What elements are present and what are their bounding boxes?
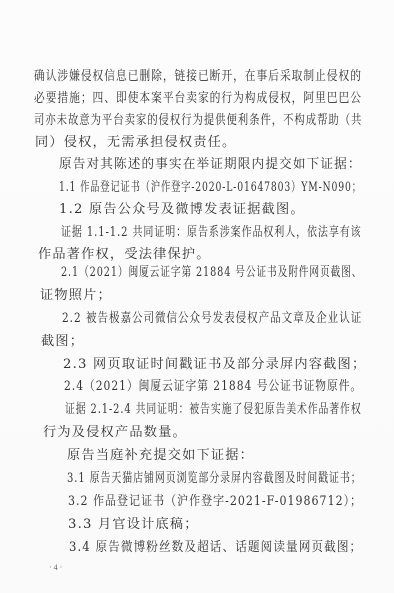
page-number: · 4 · bbox=[49, 563, 62, 572]
text-line: 司亦未故意为平台卖家的侵权行为提供便利条件，不构成帮助（共 bbox=[34, 113, 362, 129]
text-line: 确认涉嫌侵权信息已删除，链接已断开，在事后采取制止侵权的 bbox=[34, 69, 362, 85]
document-page: 确认涉嫌侵权信息已删除，链接已断开，在事后采取制止侵权的必要措施；四、即使本案平… bbox=[0, 0, 394, 593]
text-line: 3.1 原告天猫店铺网页浏览部分录屏内容截图及时间戳证书； bbox=[67, 471, 362, 487]
text-line: 截图； bbox=[41, 334, 84, 350]
text-line: 2.4（2021）闽厦云证字第 21884 号公证书证物原件。 bbox=[64, 379, 362, 395]
text-line: 行为及侵权产品数量。 bbox=[43, 425, 187, 441]
text-line: 证据 2.1-2.4 共同证明：被告实施了侵犯原告美术作品著作权 bbox=[65, 402, 362, 418]
text-line: 3.2 作品登记证书（沪作登字-2021-F-01986712）； bbox=[68, 494, 362, 510]
text-line: 3.3 月官设计底稿； bbox=[68, 517, 199, 533]
text-line: 原告对其陈述的事实在举证期限内提交如下证据： bbox=[59, 157, 362, 173]
text-line: 2.1（2021）闽厦云证字第 21884 号公证书及附件网页截图、 bbox=[61, 265, 362, 281]
text-line: 2.3 网页取证时间戳证书及部分录屏内容截图； bbox=[63, 357, 366, 373]
text-line: 2.2 被告极嘉公司微信公众号发表侵权产品文章及企业认证 bbox=[62, 311, 362, 327]
text-line: 1.1 作品登记证书（沪作登字-2020-L-01647803）YM-N090； bbox=[59, 180, 362, 196]
text-line: 证据 1.1-1.2 共同证明：原告系涉案作品权利人，依法享有该 bbox=[61, 225, 362, 241]
text-line: 3.4 原告微博粉丝数及超话、话题阅读量网页截图； bbox=[69, 540, 362, 556]
text-line: 1.2 原告公众号及微博发表证据截图。 bbox=[59, 202, 305, 218]
text-line: 必要措施；四、即使本案平台卖家的行为构成侵权，阿里巴巴公 bbox=[34, 91, 362, 107]
text-line: 同）侵权，无需承担侵权责任。 bbox=[35, 135, 236, 151]
text-line: 作品著作权，受法律保护。 bbox=[38, 247, 211, 263]
text-line: 证物照片； bbox=[40, 288, 112, 304]
text-line: 原告当庭补充提交如下证据： bbox=[67, 448, 254, 464]
